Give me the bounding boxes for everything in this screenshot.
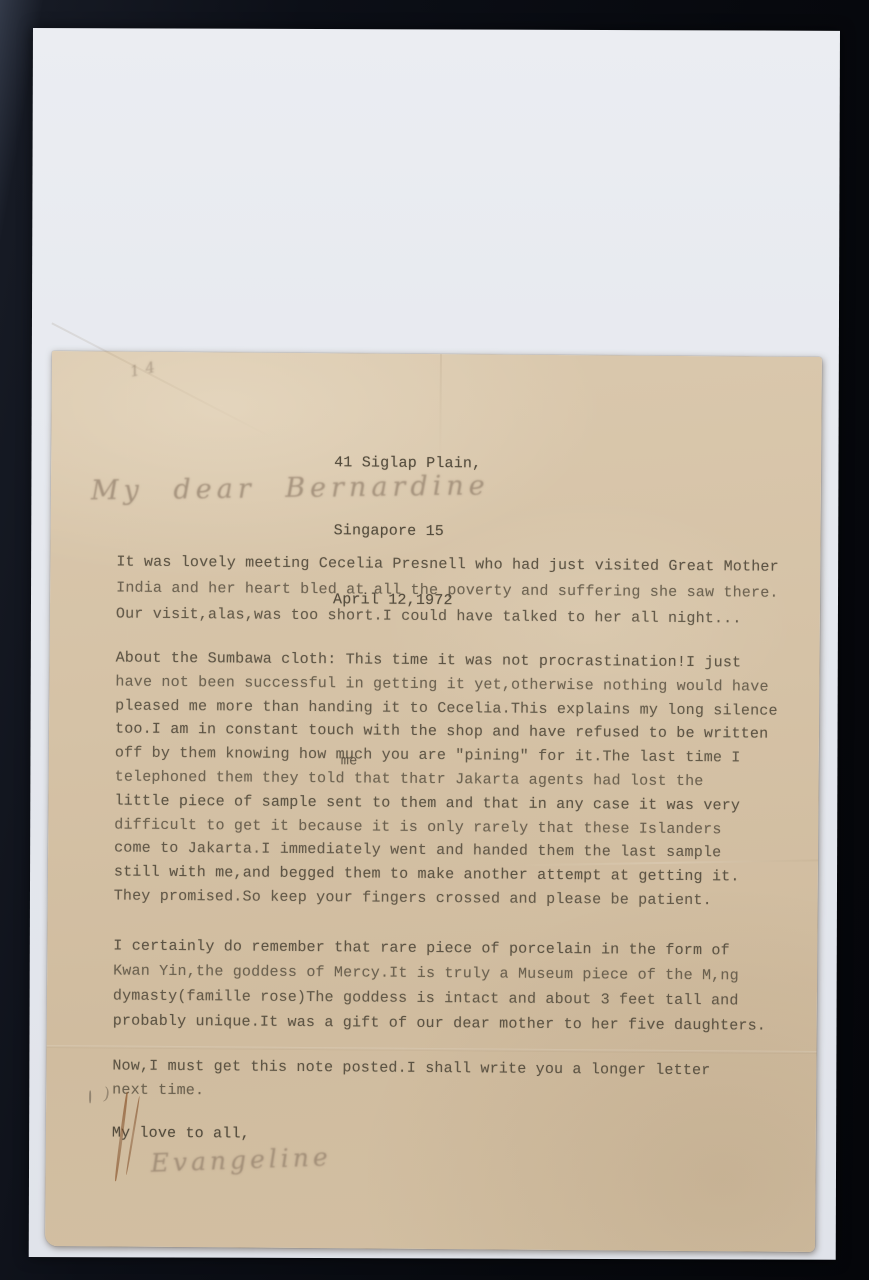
handwritten-signature: Evangeline xyxy=(150,1142,332,1177)
typed-line: They promised.So keep your fingers cross… xyxy=(114,884,777,913)
letter-paper: 14 41 Siglap Plain, Singapore 15 April 1… xyxy=(45,351,822,1252)
paragraph-3: I certainly do remember that rare piece … xyxy=(113,934,767,1039)
paragraph-1: It was lovely meeting Cecelia Presnell w… xyxy=(116,550,779,633)
scan-background: 14 41 Siglap Plain, Singapore 15 April 1… xyxy=(0,0,869,1280)
typed-line: next time. xyxy=(112,1078,710,1107)
address-line-2: Singapore 15 xyxy=(334,520,481,544)
paragraph-4: Now,I must get this note posted.I shall … xyxy=(112,1054,710,1107)
paragraph-2: About the Sumbawa cloth: This time it wa… xyxy=(114,647,779,914)
typed-insertion-word: me xyxy=(341,754,358,769)
typed-line: probably unique.It was a gift of our dea… xyxy=(113,1008,766,1038)
pencil-tick-mark xyxy=(89,1090,91,1103)
handwritten-greeting: My dear Bernardine xyxy=(91,470,490,506)
pencil-annotation: 14 xyxy=(128,357,162,381)
pencil-curve-mark: ) xyxy=(102,1084,112,1105)
paper-crease xyxy=(47,1045,817,1054)
typed-line: Our visit,alas,was too short.I could hav… xyxy=(116,602,779,633)
